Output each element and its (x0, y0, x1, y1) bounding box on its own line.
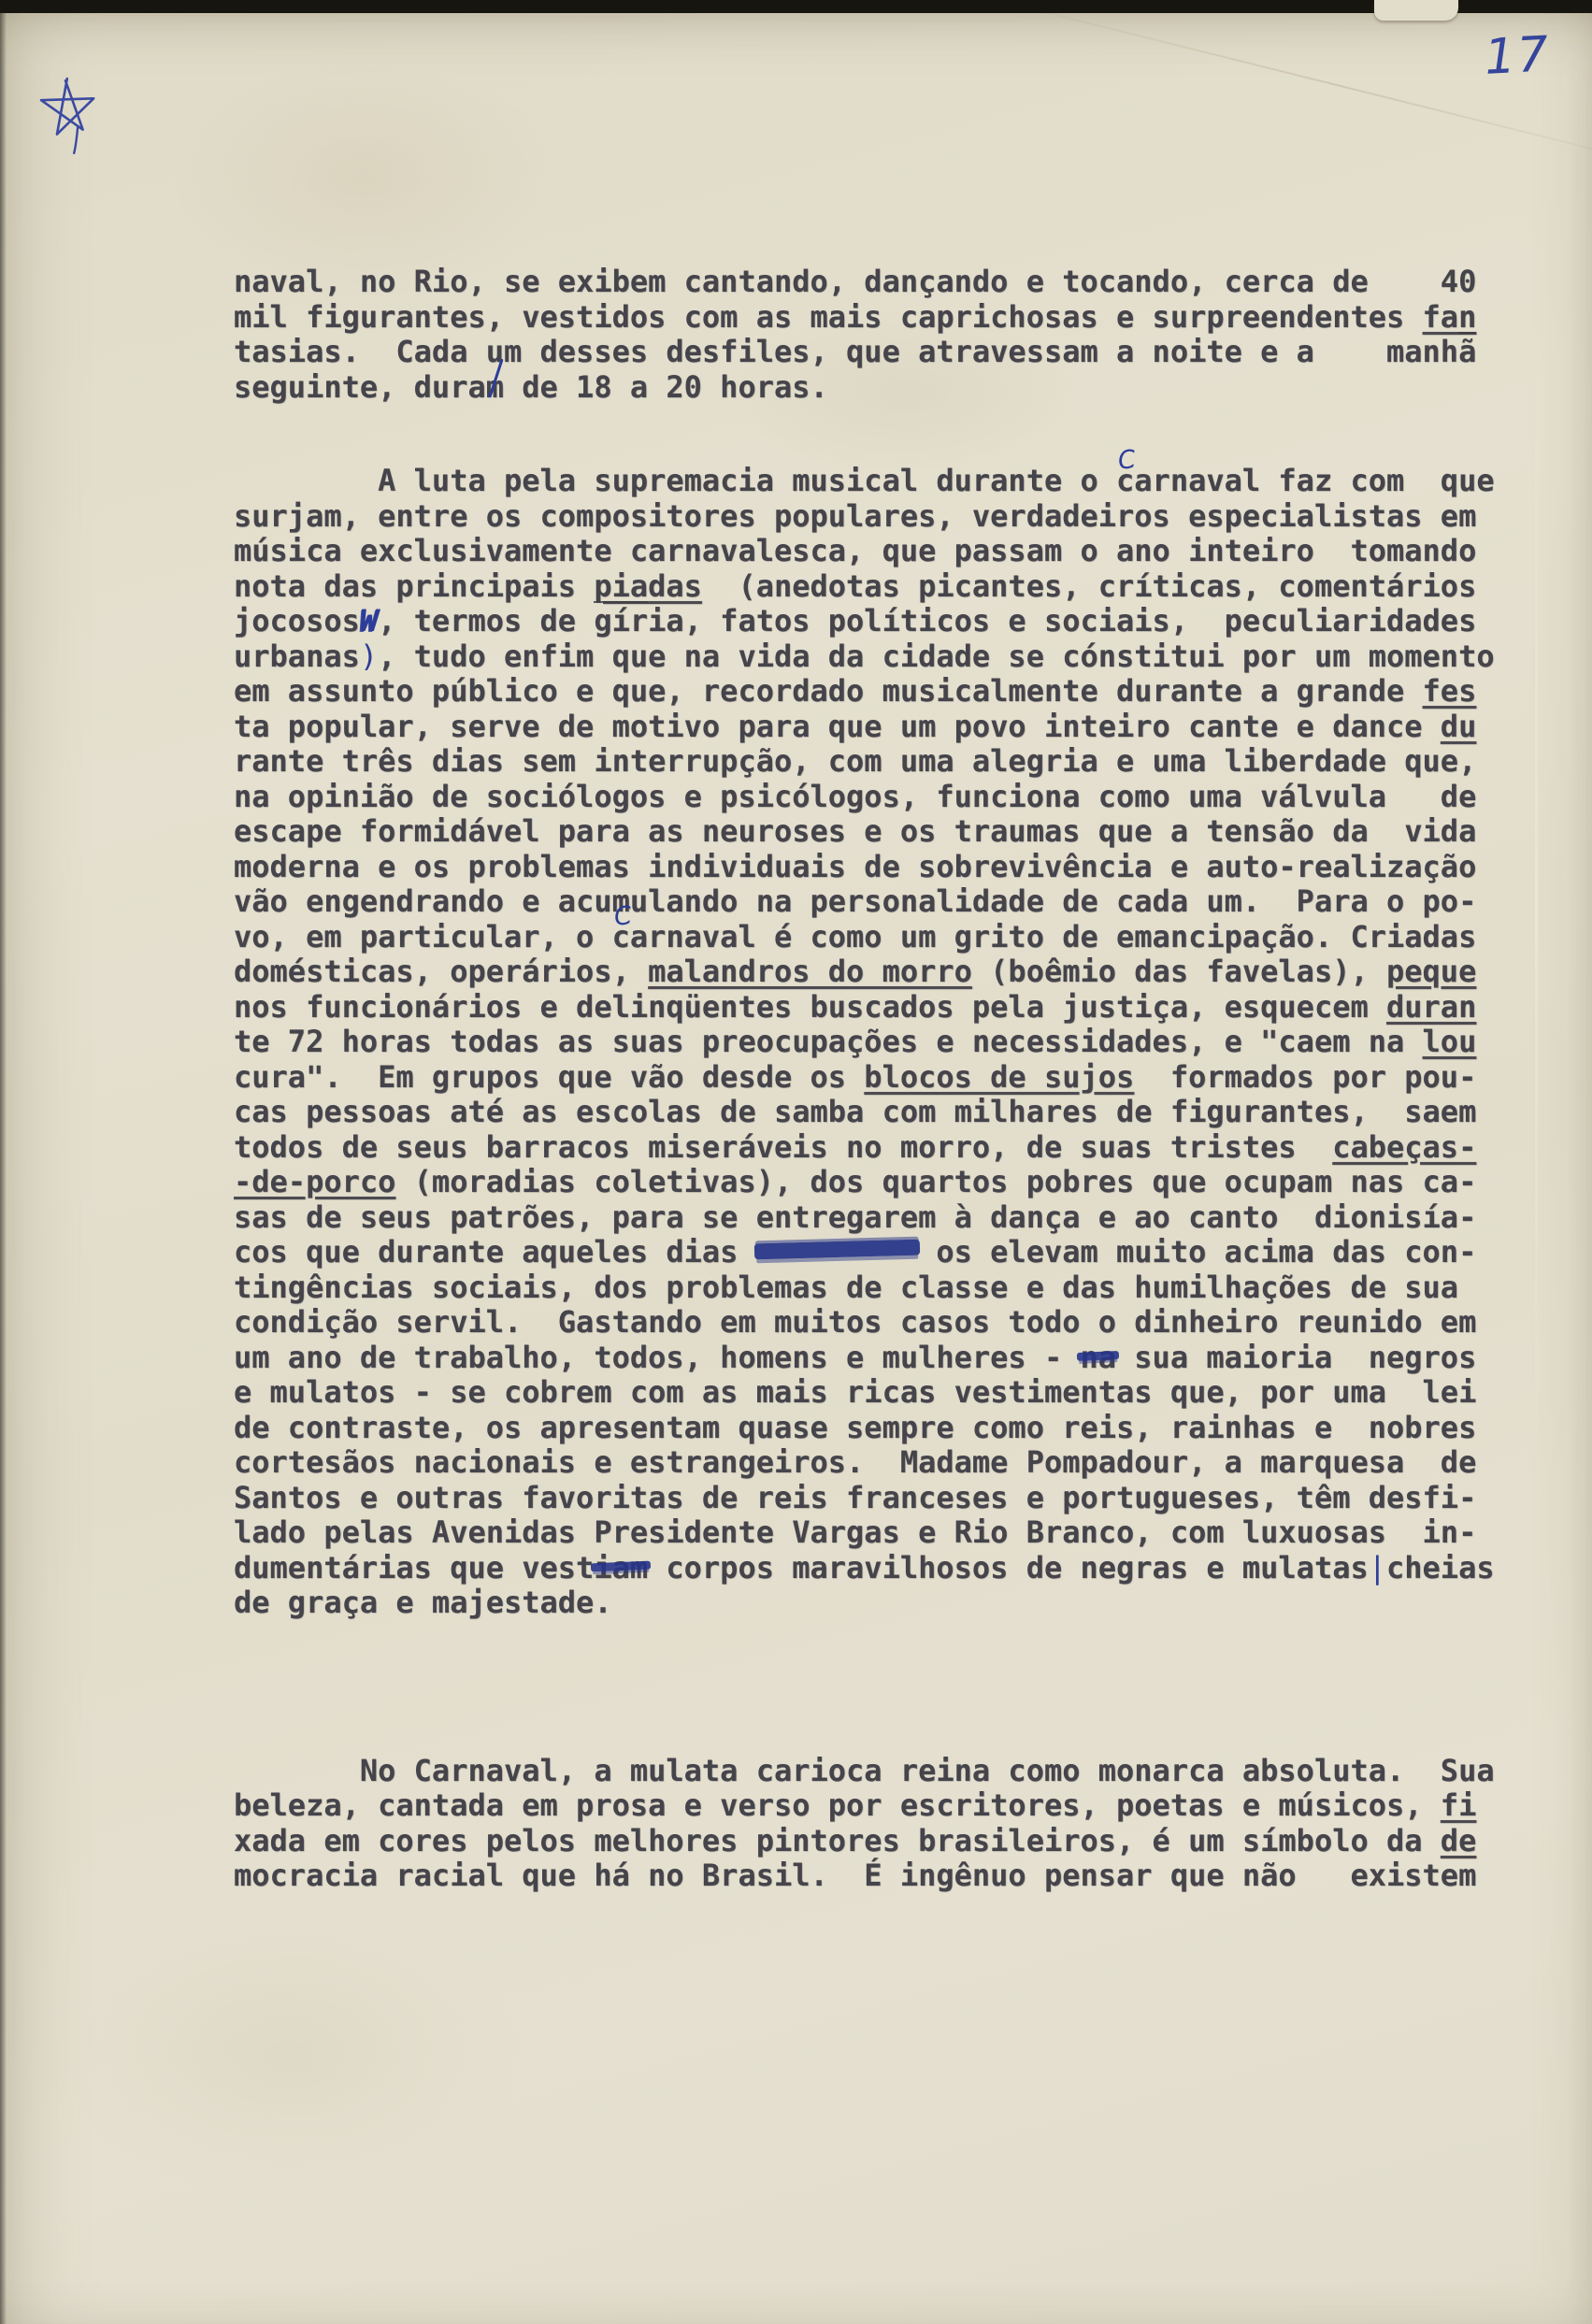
text-segment: ia, fatos políticos e sociais, peculiari… (648, 603, 1476, 638)
text-segment: (anedotas picantes, críticas, comentário… (702, 568, 1476, 604)
text-segment: surjam, entre os compositores populares,… (234, 498, 1476, 534)
scan-edge-left (0, 0, 7, 2324)
typewritten-line: em assunto público e que, recordado musi… (234, 674, 1524, 710)
text-segment: domésticas, operários, (234, 954, 648, 989)
typewritten-line: vo, em particular, o carnaval é como um … (234, 920, 1524, 955)
scan-edge-top (0, 0, 1592, 13)
text-segment: A luta pela supremacia musical durante o (234, 463, 1116, 498)
text-segment: m (486, 369, 504, 405)
typewritten-line: tingências sociais, dos problemas de cla… (234, 1270, 1524, 1306)
ink-annotation: ) (360, 638, 378, 674)
text-segment: cos que durante aqueles dias (234, 1234, 756, 1270)
ink-annotation: W (360, 603, 378, 638)
text-segment: Santos e outras favoritas de reis france… (234, 1480, 1476, 1515)
typewritten-line: mil figurantes, vestidos com as mais cap… (234, 300, 1524, 336)
typewritten-line: de contraste, os apresentam quase sempre… (234, 1411, 1524, 1446)
pen-correction: c (1116, 463, 1134, 498)
hand-drawn-star-icon (36, 72, 106, 160)
paper-edge-notch (1374, 0, 1458, 21)
typewritten-line: cura". Em grupos que vão desde os blocos… (234, 1060, 1524, 1096)
text-segment: naval, no Rio, se exibem cantando, dança… (234, 264, 1476, 299)
text-segment: cas pessoas até as escolas de samba com … (234, 1094, 1476, 1129)
text-segment: peque (1386, 954, 1476, 989)
typewritten-line: ta popular, serve de motivo para que um … (234, 710, 1524, 745)
pen-correction: c (612, 919, 630, 954)
text-segment: ta popular, serve de motivo para que um … (234, 709, 1441, 744)
text-segment: rante três dias sem interrupção, com uma… (234, 743, 1476, 779)
typewritten-line: A luta pela supremacia musical durante o… (234, 464, 1524, 499)
typewritten-line: cos que durante aqueles dias os elevam m… (234, 1235, 1524, 1270)
text-segment: um ano de trabalho, todos, homens e mulh… (234, 1340, 1080, 1375)
typewritten-line: sas de seus patrões, para se entregarem … (234, 1200, 1524, 1236)
text-segment: escape formidável para as neuroses e os … (234, 813, 1476, 849)
typewritten-line: rante três dias sem interrupção, com uma… (234, 744, 1524, 780)
text-segment: blocos de sujos (864, 1059, 1134, 1095)
typewritten-line: nota das principais piadas (anedotas pic… (234, 569, 1524, 605)
text-segment: , termos de (378, 603, 594, 638)
text-segment: corpos maravilhosos de negras e mulatas (648, 1550, 1369, 1585)
paper-stain (168, 56, 561, 299)
paper-crease (992, 0, 1592, 172)
typewritten-line: todos de seus barracos miseráveis no mor… (234, 1130, 1524, 1166)
text-segment: cabeças- (1332, 1129, 1476, 1165)
text-segment: (moradias coletivas), dos quartos pobres… (395, 1164, 1476, 1199)
paragraph: naval, no Rio, se exibem cantando, dança… (234, 265, 1524, 405)
paragraph: A luta pela supremacia musical durante o… (234, 464, 1524, 1621)
text-segment: gír (594, 601, 648, 638)
typewritten-line: -de-porco (moradias coletivas), dos quar… (234, 1165, 1524, 1200)
text-segment: música exclusivamente carnavalesca, que … (234, 533, 1476, 568)
text-segment: mil figurantes, vestidos com as mais cap… (234, 299, 1423, 335)
paper-crease (1535, 299, 1538, 1514)
text-segment: os elevam muito acima das con- (918, 1234, 1476, 1270)
text-segment: vo, em particular, o (234, 919, 612, 954)
text-segment: beleza, cantada em prosa e verso por esc… (234, 1787, 1441, 1823)
text-segment: te 72 horas todas as suas preocupações e… (234, 1024, 1423, 1059)
typewritten-line: xada em cores pelos melhores pintores br… (234, 1824, 1524, 1859)
text-segment: sas de seus patrões, para se entregarem … (234, 1199, 1476, 1235)
text-segment: de 18 a 20 horas. (504, 369, 828, 405)
typewritten-line: escape formidável para as neuroses e os … (234, 814, 1524, 850)
typewritten-line: vão engendrando e acumulando na personal… (234, 884, 1524, 920)
text-segment: de contraste, os apresentam quase sempre… (234, 1410, 1476, 1445)
text-segment: arnaval é como um grito de emancipação. … (630, 919, 1476, 954)
text-segment: de (1441, 1823, 1477, 1858)
typewritten-line: condição servil. Gastando em muitos caso… (234, 1305, 1524, 1341)
text-segment: nos funcionários e delinqüentes buscados… (234, 989, 1386, 1025)
typewritten-line: Santos e outras favoritas de reis france… (234, 1481, 1524, 1516)
text-segment: -de-porco (234, 1164, 395, 1199)
text-segment: du (1441, 709, 1477, 744)
text-segment: cheias (1386, 1550, 1495, 1585)
text-segment: tingências sociais, dos problemas de cla… (234, 1270, 1458, 1305)
text-segment: mocracia racial que há no Brasil. É ingê… (234, 1858, 1476, 1893)
text-segment: lou (1423, 1024, 1477, 1059)
text-segment: malandros do morro (648, 954, 972, 989)
typewritten-line: te 72 horas todas as suas preocupações e… (234, 1025, 1524, 1060)
text-segment: fan (1423, 299, 1477, 335)
typescript-text: naval, no Rio, se exibem cantando, dança… (234, 265, 1524, 1894)
text-segment: xada em cores pelos melhores pintores br… (234, 1823, 1441, 1858)
typewritten-line: mocracia racial que há no Brasil. É ingê… (234, 1858, 1524, 1894)
text-segment: (boêmio das favelas), (972, 954, 1386, 989)
text-segment: em assunto público e que, recordado musi… (234, 673, 1423, 709)
text-segment: , tudo enfim que na vida da cidade se có… (378, 638, 1494, 674)
typewritten-line: tasias. Cada um desses desfiles, que atr… (234, 335, 1524, 370)
page-number: 17 (1483, 26, 1551, 86)
typewritten-line: jocososW, termos de gíria, fatos polític… (234, 604, 1524, 639)
text-segment: nota das principais (234, 568, 594, 604)
ink-annotation: | (1369, 1550, 1386, 1585)
text-segment: piadas (594, 568, 702, 604)
pen-correction: na (1080, 1340, 1116, 1375)
typewritten-line: um ano de trabalho, todos, homens e mulh… (234, 1341, 1524, 1376)
text-segment: moderna e os problemas individuais de so… (234, 849, 1476, 884)
text-segment: condição servil. Gastando em muitos caso… (234, 1304, 1476, 1340)
text-segment: sua maioria negros (1116, 1340, 1476, 1375)
text-segment: cura". Em grupos que vão desde os (234, 1059, 864, 1095)
typewritten-line: No Carnaval, a mulata carioca reina como… (234, 1754, 1524, 1789)
text-segment: de graça e majestade. (234, 1585, 612, 1620)
paper-stain (56, 1916, 523, 2197)
text-segment: fes (1423, 673, 1477, 709)
ink-annotation (756, 1234, 918, 1270)
typewritten-line: urbanas), tudo enfim que na vida da cida… (234, 639, 1524, 675)
text-segment: ã (1458, 332, 1476, 369)
typewritten-line: surjam, entre os compositores populares,… (234, 499, 1524, 535)
typewritten-line: de graça e majestade. (234, 1585, 1524, 1621)
text-segment: fi (1441, 1787, 1477, 1823)
typewritten-line: naval, no Rio, se exibem cantando, dança… (234, 265, 1524, 300)
text-segment: vão engendrando e acumulando na personal… (234, 883, 1476, 919)
text-segment: tasias. Cada um desses desfiles, que atr… (234, 334, 1458, 369)
paragraph: No Carnaval, a mulata carioca reina como… (234, 1754, 1524, 1894)
text-segment: na opinião de sociólogos e psicólogos, f… (234, 779, 1476, 814)
text-segment: lado pelas Avenidas Presidente Vargas e … (234, 1514, 1476, 1550)
text-segment: formados por pou- (1134, 1059, 1476, 1095)
text-segment: seguinte, dura (234, 369, 486, 405)
typewritten-line: lado pelas Avenidas Presidente Vargas e … (234, 1515, 1524, 1551)
typewritten-line: nos funcionários e delinqüentes buscados… (234, 990, 1524, 1026)
typewritten-line: e mulatos - se cobrem com as mais ricas … (234, 1375, 1524, 1411)
text-segment: dumentárias que vest (234, 1550, 594, 1585)
text-segment: jocosos (234, 603, 360, 638)
text-segment: todos de seus barracos miseráveis no mor… (234, 1129, 1332, 1165)
typewritten-line: dumentárias que vestiam corpos maravilho… (234, 1551, 1524, 1586)
text-segment: duran (1386, 989, 1476, 1025)
text-segment: arnaval faz com que (1134, 463, 1494, 498)
text-segment: e mulatos - se cobrem com as mais ricas … (234, 1374, 1476, 1410)
typewritten-line: seguinte, duram de 18 a 20 horas. (234, 370, 1524, 406)
text-segment: No Carnaval, a mulata carioca reina como… (234, 1753, 1495, 1788)
typewritten-line: na opinião de sociólogos e psicólogos, f… (234, 780, 1524, 815)
typewritten-line: cas pessoas até as escolas de samba com … (234, 1095, 1524, 1130)
text-segment: urbanas (234, 638, 360, 674)
scanned-typescript-page: { "document": { "kind": "typewritten man… (0, 0, 1592, 2324)
text-segment: cortesãos nacionais e estrangeiros. Mada… (234, 1444, 1476, 1480)
typewritten-line: cortesãos nacionais e estrangeiros. Mada… (234, 1445, 1524, 1481)
typewritten-line: beleza, cantada em prosa e verso por esc… (234, 1788, 1524, 1824)
typewritten-line: música exclusivamente carnavalesca, que … (234, 534, 1524, 569)
pen-correction: iam (594, 1550, 648, 1585)
typewritten-line: moderna e os problemas individuais de so… (234, 850, 1524, 885)
typewritten-line: domésticas, operários, malandros do morr… (234, 954, 1524, 990)
